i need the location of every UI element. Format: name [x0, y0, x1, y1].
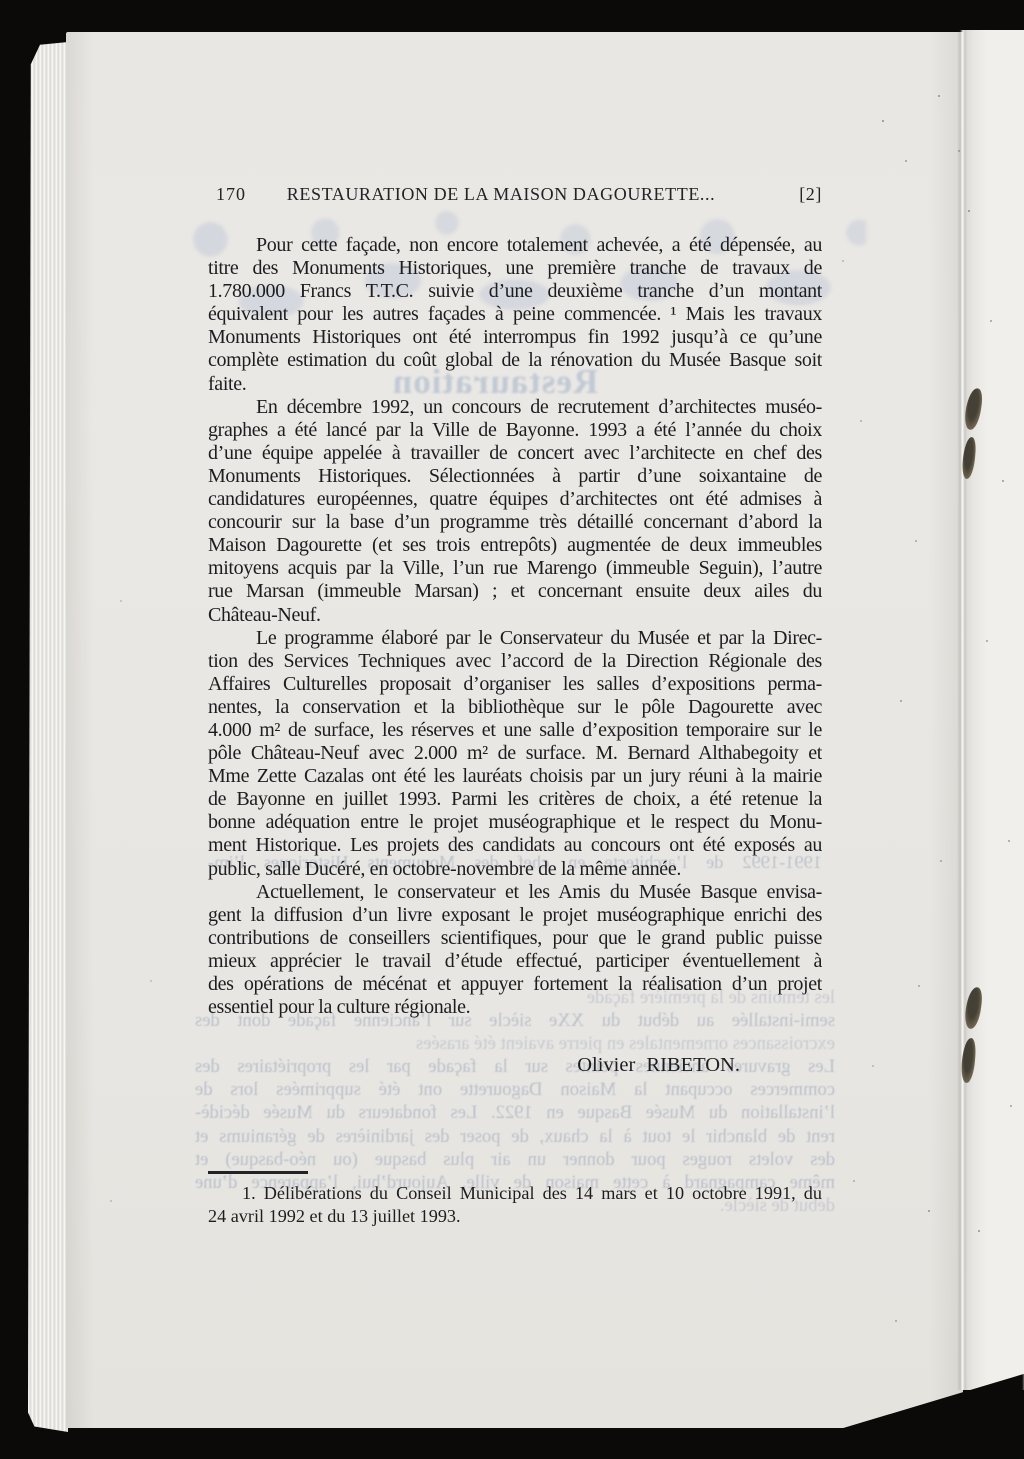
text-line: faite. [208, 373, 822, 396]
text-line: de Bayonne en juillet 1993. Parmi les cr… [208, 788, 822, 811]
text-line: Le programme élaboré par le Conservateur… [208, 627, 822, 650]
text-line: rent de blanchir le tout à la chaux, de … [195, 1125, 835, 1148]
text-line: En décembre 1992, un concours de recrute… [208, 396, 822, 419]
text-line: mitoyens acquis par la Ville, l’un rue M… [208, 557, 822, 580]
footnote-separator [208, 1171, 308, 1174]
paragraph: En décembre 1992, un concours de recrute… [208, 396, 822, 627]
text-line: concourir sur la base d’un programme trè… [208, 511, 822, 534]
paragraph: Actuellement, le conservateur et les Ami… [208, 881, 822, 1020]
text-line: 4.000 m² de surface, les réserves et une… [208, 719, 822, 742]
text-line: rue Marsan (immeuble Marsan) ; et concer… [208, 580, 822, 603]
text-line: titre des Monuments Historiques, une pre… [208, 257, 822, 280]
text-line: gent la diffusion d’un livre exposant le… [208, 904, 822, 927]
text-line: d’une équipe appelée à travailler de con… [208, 442, 822, 465]
text-line: ment Historique. Les projets des candida… [208, 834, 822, 857]
footnote: 1. Délibérations du Conseil Municipal de… [208, 1182, 822, 1228]
running-title: RESTAURATION DE LA MAISON DAGOURETTE... [194, 184, 808, 205]
paragraph: Pour cette façade, non encore totalement… [208, 234, 822, 396]
gutter-crease [957, 30, 967, 1390]
text-line: tion des Services Techniques avec l’acco… [208, 650, 822, 673]
text-line: des volets rouges pour donner un air plu… [195, 1148, 835, 1171]
text-line: Pour cette façade, non encore totalement… [208, 234, 822, 257]
author-signature: Olivier RIBETON. [208, 1054, 822, 1077]
text-line: Château-Neuf. [208, 604, 822, 627]
article-text: Pour cette façade, non encore totalement… [208, 234, 822, 1019]
text-line: Affaires Culturelles proposait d’organis… [208, 673, 822, 696]
facing-page-edge [963, 30, 1024, 1390]
text-line: graphes a été lancé par la Ville de Bayo… [208, 419, 822, 442]
text-line: 24 avril 1992 et du 13 juillet 1993. [208, 1205, 822, 1228]
column-reference: [2] [799, 184, 822, 205]
text-line: l’installation du Musée Basque en 1922. … [195, 1101, 835, 1124]
text-line: des opérations de mécénat et appuyer for… [208, 973, 822, 996]
text-line: essentiel pour la culture régionale. [208, 996, 822, 1019]
paragraph: Le programme élaboré par le Conservateur… [208, 627, 822, 881]
text-line: commerces occupant la Maison Dagourette … [195, 1078, 835, 1101]
text-line: complète estimation du coût global de la… [208, 349, 822, 372]
text-line: Monuments Historiques ont été interrompu… [208, 326, 822, 349]
book-photo: Restauration 1991-1992 de l’architecte e… [0, 0, 1024, 1459]
text-line: public, salle Ducéré, en octobre-novembr… [208, 858, 822, 881]
page-stack-edge [28, 42, 68, 1432]
paper-specks [0, 0, 2, 2]
text-line: 1. Délibérations du Conseil Municipal de… [208, 1182, 822, 1205]
text-line: Actuellement, le conservateur et les Ami… [208, 881, 822, 904]
text-line: contributions de conseillers scientifiqu… [208, 927, 822, 950]
text-line: équivalent pour les autres façades à pei… [208, 303, 822, 326]
text-line: excroissances ornementales en pierre ava… [195, 1032, 835, 1055]
text-line: candidatures européennes, quatre équipes… [208, 488, 822, 511]
text-line: Mme Zette Cazalas ont été les lauréats c… [208, 765, 822, 788]
text-line: mieux apprécier le travail d’étude effec… [208, 950, 822, 973]
text-line: bonne adéquation entre le projet muséogr… [208, 811, 822, 834]
text-line: pôle Château-Neuf avec 2.000 m² de surfa… [208, 742, 822, 765]
text-line: 1.780.000 Francs T.T.C. suivie d’une deu… [208, 280, 822, 303]
text-line: nentes, la conservation et la bibliothèq… [208, 696, 822, 719]
running-header: 170 RESTAURATION DE LA MAISON DAGOURETTE… [208, 184, 822, 206]
text-line: Monuments Historiques. Sélectionnées à p… [208, 465, 822, 488]
text-line: Maison Dagourette (et ses trois entrepôt… [208, 534, 822, 557]
